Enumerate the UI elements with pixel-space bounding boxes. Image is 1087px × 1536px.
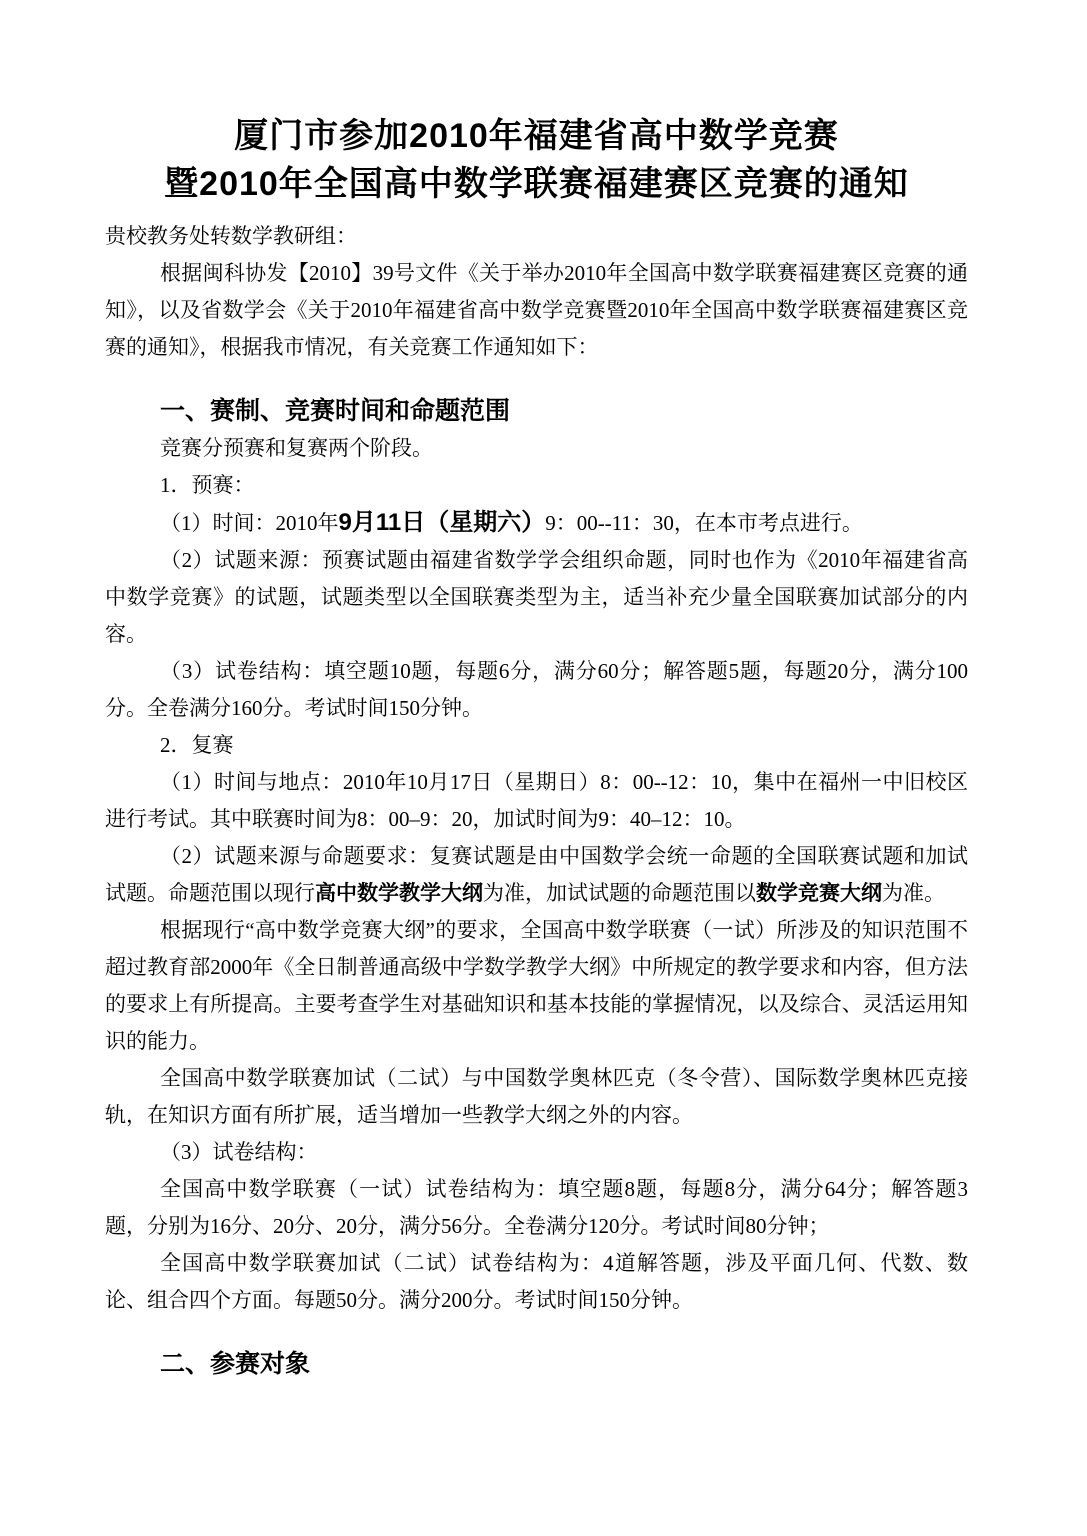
paragraph: 全国高中数学联赛（一试）试卷结构为：填空题8题，每题8分，满分64分；解答题3题…	[105, 1171, 968, 1245]
paragraph: （1）时间与地点：2010年10月17日（星期日）8：00--12：10，集中在…	[105, 764, 968, 838]
paragraph: （3）试卷结构：填空题10题，每题6分，满分60分；解答题5题，每题20分，满分…	[105, 653, 968, 727]
text-segment: 高中数学教学大纲	[315, 882, 483, 905]
paragraph: 2．复赛	[105, 727, 968, 764]
text-segment: 竞赛分预赛和复赛两个阶段。	[160, 436, 433, 460]
text-segment: 全国高中数学联赛加试（二试）与中国数学奥林匹克（冬令营）、国际数学奥林匹克接轨，…	[105, 1066, 968, 1127]
paragraph: （2）试题来源与命题要求：复赛试题是由中国数学会统一命题的全国联赛试题和加试试题…	[105, 838, 968, 912]
document-body: 贵校教务处转数学教研组： 根据闽科协发【2010】39号文件《关于举办2010年…	[105, 218, 968, 1383]
text-segment: 二、参赛对象	[160, 1350, 310, 1378]
title-line-1: 厦门市参加2010年福建省高中数学竞赛	[105, 112, 968, 160]
title-line-2: 暨2010年全国高中数学联赛福建赛区竞赛的通知	[105, 160, 968, 208]
text-segment: 全国高中数学联赛加试（二试）试卷结构为：4道解答题，涉及平面几何、代数、数论、组…	[105, 1251, 968, 1312]
text-segment: 根据现行“高中数学竞赛大纲”的要求，全国高中数学联赛（一试）所涉及的知识范围不超…	[105, 918, 968, 1053]
text-segment: 为准，加试试题的命题范围以	[483, 881, 756, 905]
section-heading: 一、赛制、竞赛时间和命题范围	[105, 392, 968, 430]
text-segment: （3）试卷结构：	[160, 1140, 318, 1164]
paragraph: 根据闽科协发【2010】39号文件《关于举办2010年全国高中数学联赛福建赛区竞…	[105, 255, 968, 366]
text-segment: 数学竞赛大纲	[756, 882, 882, 905]
text-segment: 9：00--11：30，在本市考点进行。	[545, 511, 863, 535]
text-segment: 一、赛制、竞赛时间和命题范围	[160, 397, 510, 425]
text-segment: 9月11日（星期六）	[339, 509, 546, 536]
text-segment: 为准。	[882, 881, 945, 905]
text-segment: （2）试题来源：预赛试题由福建省数学学会组织命题，同时也作为《2010年福建省高…	[105, 548, 968, 646]
paragraph: （3）试卷结构：	[105, 1134, 968, 1171]
document-title: 厦门市参加2010年福建省高中数学竞赛 暨2010年全国高中数学联赛福建赛区竞赛…	[105, 112, 968, 208]
paragraph: 竞赛分预赛和复赛两个阶段。	[105, 430, 968, 467]
document-page: 厦门市参加2010年福建省高中数学竞赛 暨2010年全国高中数学联赛福建赛区竞赛…	[0, 0, 1087, 1536]
salutation: 贵校教务处转数学教研组：	[105, 218, 968, 255]
text-segment: 1．预赛：	[160, 473, 255, 497]
text-segment: （3）试卷结构：填空题10题，每题6分，满分60分；解答题5题，每题20分，满分…	[105, 659, 968, 720]
text-segment: 2．复赛	[160, 733, 234, 757]
paragraph: 1．预赛：	[105, 467, 968, 504]
paragraph: （2）试题来源：预赛试题由福建省数学学会组织命题，同时也作为《2010年福建省高…	[105, 542, 968, 653]
text-segment: 根据闽科协发【2010】39号文件《关于举办2010年全国高中数学联赛福建赛区竞…	[105, 261, 968, 359]
text-segment: 全国高中数学联赛（一试）试卷结构为：填空题8题，每题8分，满分64分；解答题3题…	[105, 1177, 968, 1238]
paragraph: 全国高中数学联赛加试（二试）与中国数学奥林匹克（冬令营）、国际数学奥林匹克接轨，…	[105, 1060, 968, 1134]
text-segment: （1）时间：2010年	[160, 511, 339, 535]
section-heading: 二、参赛对象	[105, 1345, 968, 1383]
paragraph: 全国高中数学联赛加试（二试）试卷结构为：4道解答题，涉及平面几何、代数、数论、组…	[105, 1245, 968, 1319]
paragraph: 根据现行“高中数学竞赛大纲”的要求，全国高中数学联赛（一试）所涉及的知识范围不超…	[105, 912, 968, 1060]
text-segment: （1）时间与地点：2010年10月17日（星期日）8：00--12：10，集中在…	[105, 770, 968, 831]
paragraph: （1）时间：2010年9月11日（星期六）9：00--11：30，在本市考点进行…	[105, 504, 968, 542]
